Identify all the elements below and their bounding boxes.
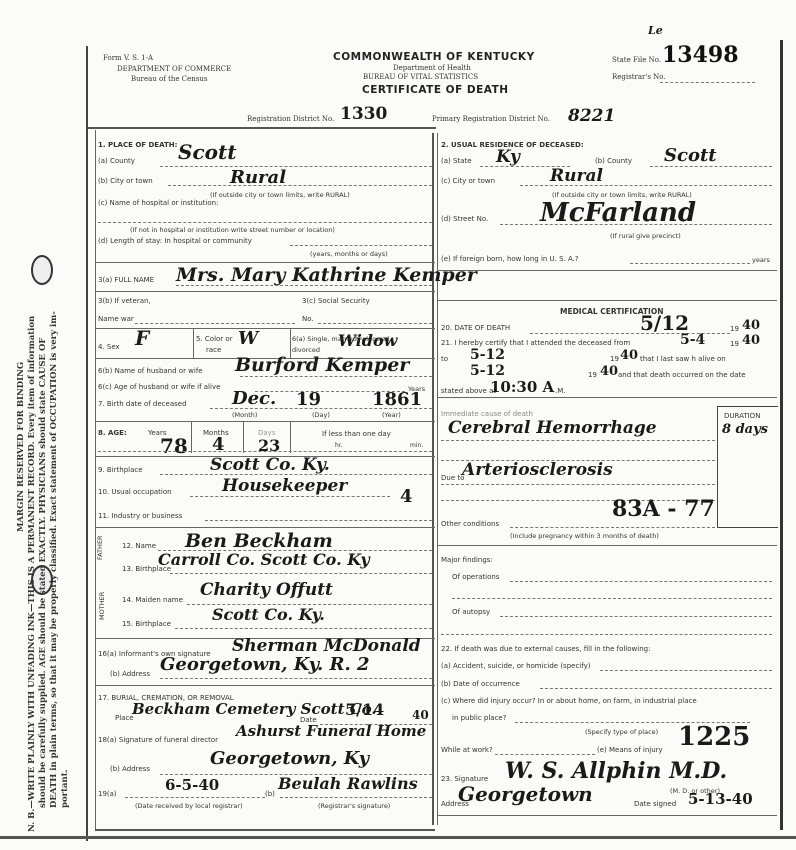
registrar-note: (Registrar's signature) <box>318 802 390 810</box>
father-birthplace-line <box>170 573 432 574</box>
occurred-label: and that death occurred on the date <box>618 371 746 379</box>
res-street-note: (If rural give precinct) <box>610 232 681 240</box>
spouse-label: 6(b) Name of husband or wife <box>98 367 203 375</box>
registrar-sig-line <box>280 797 432 798</box>
operations-line-2 <box>452 598 772 599</box>
sex-value[interactable]: F <box>135 326 149 350</box>
hr-label: hr. <box>335 442 343 449</box>
registrar-sig-label: (b) <box>265 790 275 798</box>
registration-district-value: 1330 <box>340 104 387 124</box>
commonwealth-title: COMMONWEALTH OF KENTUCKY <box>333 51 535 63</box>
divider <box>193 328 194 358</box>
header-rule <box>88 127 436 129</box>
city-note: (If outside city or town limits, write R… <box>210 191 350 199</box>
informant-sig-value[interactable]: Sherman McDonald <box>232 636 421 656</box>
informant-address-label: (b) Address <box>110 670 150 678</box>
birthplace-label: 9. Birthplace <box>98 466 143 474</box>
race-value[interactable]: W <box>238 328 258 349</box>
section-rule <box>437 300 777 301</box>
father-name-label: 12. Name <box>122 542 156 550</box>
stay-line <box>290 245 432 246</box>
father-name-value[interactable]: Ben Beckham <box>185 530 333 552</box>
cause-line <box>441 440 715 441</box>
race-label: race <box>206 346 221 354</box>
sex-label: 4. Sex <box>98 343 120 351</box>
operations-label: Of operations <box>452 573 499 581</box>
full-name-value[interactable]: Mrs. Mary Kathrine Kemper <box>176 264 477 286</box>
registrar-sig-value[interactable]: Beulah Rawlins <box>278 774 418 793</box>
mother-tag: MOTHER <box>98 592 106 620</box>
major-findings-label: Major findings: <box>441 556 493 564</box>
birth-date-line <box>210 408 432 409</box>
occupation-code: 4 <box>400 486 413 507</box>
cause-code-value: 83A - 77 <box>612 496 715 522</box>
ss-no-line <box>318 323 432 324</box>
autopsy-label: Of autopsy <box>452 608 490 616</box>
divider <box>243 421 244 453</box>
operations-line <box>510 581 772 582</box>
veteran-label: 3(b) If veteran, <box>98 297 151 305</box>
full-name-label: 3(a) FULL NAME <box>98 276 154 284</box>
section-rule <box>437 397 777 398</box>
physician-signature-value[interactable]: W. S. Allphin M.D. <box>505 758 727 784</box>
director-address-value[interactable]: Georgetown, Ky <box>210 748 369 769</box>
age-label: 8. AGE: <box>98 429 127 437</box>
last-saw-year-prefix: 19 <box>588 371 597 379</box>
death-date-label: 20. DATE OF DEATH <box>441 324 510 332</box>
stay-label: (d) Length of stay: In hospital or commu… <box>98 237 252 245</box>
margin-line-2: should be carefully supplied. AGE should… <box>38 311 49 832</box>
death-time-value[interactable]: 10:30 A <box>490 378 554 396</box>
informant-address-value[interactable]: Georgetown, Ky. R. 2 <box>160 654 370 675</box>
birth-day-value[interactable]: 19 <box>296 389 321 410</box>
corner-note: Le <box>648 24 663 37</box>
marital-value[interactable]: Widow <box>338 331 397 350</box>
age-days-value[interactable]: 23 <box>258 436 280 455</box>
bureau-census: Bureau of the Census <box>131 75 207 83</box>
divider <box>191 421 192 453</box>
mother-birthplace-value[interactable]: Scott Co. Ky. <box>212 605 325 624</box>
city-label: (b) City or town <box>98 177 153 185</box>
director-label: 18(a) Signature of funeral director <box>98 736 218 744</box>
section-rule <box>95 685 435 686</box>
attend-to-value[interactable]: 5-12 <box>470 347 505 363</box>
hospital-label: (c) Name of hospital or institution: <box>98 199 218 207</box>
while-at-work-line <box>495 754 595 755</box>
right-bottom-rule <box>437 815 777 816</box>
margin-line-3: DEATH in plain terms, so that it may be … <box>49 311 60 832</box>
attend-from-year[interactable]: 40 <box>742 333 760 348</box>
burial-date-value[interactable]: 5/14 <box>345 700 384 719</box>
margin-line-4: portant. <box>60 311 71 832</box>
mother-name-value[interactable]: Charity Offutt <box>200 580 333 600</box>
received-line <box>125 797 265 798</box>
immediate-cause-label: Immediate cause of death <box>441 410 533 418</box>
birthplace-value[interactable]: Scott Co. Ky. <box>210 455 330 475</box>
duration-value[interactable]: 8 days <box>722 422 768 437</box>
city-value[interactable]: Rural <box>230 167 286 188</box>
day-note: (Day) <box>312 411 330 419</box>
divorced-label: divorced <box>292 346 320 354</box>
father-birthplace-value[interactable]: Carroll Co. Scott Co. Ky <box>158 550 370 569</box>
occupation-value[interactable]: Housekeeper <box>222 476 347 496</box>
spouse-age-label: 6(c) Age of husband or wife if alive <box>98 383 220 391</box>
department-commerce: DEPARTMENT OF COMMERCE <box>117 65 231 73</box>
hospital-note: (If not in hospital or institution write… <box>130 226 335 234</box>
external-causes-label: 22. If death was due to external causes,… <box>441 645 650 653</box>
min-label: min. <box>410 442 423 449</box>
autopsy-line-2 <box>441 634 772 635</box>
attend-from-value[interactable]: 5-4 <box>680 332 705 348</box>
res-foreign-unit: years <box>752 256 770 264</box>
column-divider <box>432 133 434 825</box>
occurrence-label: (b) Date of occurrence <box>441 680 520 688</box>
birth-date-label: 7. Birth date of deceased <box>98 400 187 408</box>
last-saw-label: that I last saw h alive on <box>640 355 726 363</box>
while-at-work-label: While at work? <box>441 746 493 754</box>
industry-line <box>205 520 432 521</box>
registrar-number-label: Registrar's No. <box>612 73 666 81</box>
occupation-label: 10. Usual occupation <box>98 488 172 496</box>
date-signed-value[interactable]: 5-13-40 <box>688 790 753 808</box>
burial-place-label: Place <box>115 714 134 722</box>
birth-year-value[interactable]: 1861 <box>372 389 422 410</box>
place-of-death-title: 1. PLACE OF DEATH: <box>98 141 177 149</box>
industry-label: 11. Industry or business <box>98 512 182 520</box>
duration-label: DURATION <box>724 412 760 420</box>
res-city-label: (c) City or town <box>441 177 495 185</box>
section-rule <box>437 545 777 546</box>
hospital-line <box>98 222 432 223</box>
res-street-label: (d) Street No. <box>441 215 488 223</box>
registrar-number-line <box>660 82 755 83</box>
informant-address-line <box>160 678 432 679</box>
public-place-label: in public place? <box>452 714 506 722</box>
burial-place-value[interactable]: Beckham Cemetery Scott Co. <box>132 700 377 718</box>
res-state-value[interactable]: Ky <box>496 147 520 167</box>
county-value[interactable]: Scott <box>178 140 236 164</box>
accident-line <box>600 670 772 671</box>
registration-district-label: Registration District No. <box>247 115 334 123</box>
mother-name-label: 14. Maiden name <box>122 596 183 604</box>
full-name-line <box>176 285 432 286</box>
certificate-title: CERTIFICATE OF DEATH <box>362 84 509 96</box>
social-security-label: 3(c) Social Security <box>302 297 370 305</box>
accident-label: (a) Accident, suicide, or homicide (spec… <box>441 662 590 670</box>
stated-label: stated above at <box>441 387 496 395</box>
right-inner-border <box>437 133 438 825</box>
received-value[interactable]: 6-5-40 <box>165 776 219 794</box>
form-bottom-rule <box>95 829 435 831</box>
section-rule <box>437 270 777 271</box>
due-to-value[interactable]: Arteriosclerosis <box>462 460 613 480</box>
place-type-note: (Specify type of place) <box>585 728 658 736</box>
res-county-value[interactable]: Scott <box>664 145 717 166</box>
other-conditions-label: Other conditions <box>441 520 499 528</box>
date-signed-label: Date signed <box>634 800 676 808</box>
attend-from-year-prefix: 19 <box>730 340 739 348</box>
form-left-border <box>86 46 88 841</box>
binding-hole-icon <box>31 255 53 285</box>
death-year-prefix: 19 <box>730 325 739 333</box>
state-file-number: 13498 <box>662 42 739 68</box>
section-rule <box>95 527 435 528</box>
county-line <box>160 166 432 167</box>
immediate-cause-value[interactable]: Cerebral Hemorrhage <box>448 418 657 438</box>
year-note: (Year) <box>382 411 401 419</box>
res-city-value[interactable]: Rural <box>550 166 603 186</box>
primary-registration-label: Primary Registration District No. <box>432 115 550 123</box>
county-label: (a) County <box>98 157 135 165</box>
age-years-value[interactable]: 78 <box>160 434 188 458</box>
month-note: (Month) <box>232 411 257 419</box>
physician-address-value[interactable]: Georgetown <box>458 782 593 806</box>
bureau-vital-statistics: BUREAU OF VITAL STATISTICS <box>363 73 478 81</box>
mother-birthplace-line <box>175 628 432 629</box>
occurrence-line <box>540 688 772 689</box>
mother-birthplace-label: 15. Birthplace <box>122 620 171 628</box>
res-county-label: (b) County <box>595 157 632 165</box>
occupation-line <box>190 496 390 497</box>
received-note: (Date received by local registrar) <box>135 802 243 810</box>
margin-instructions: MARGIN RESERVED FOR BINDING N. B.—WRITE … <box>16 311 71 832</box>
where-label: (c) Where did injury occur? In or about … <box>441 697 697 705</box>
last-saw-value[interactable]: 5-12 <box>470 363 505 379</box>
stay-note: (years, months or days) <box>310 250 388 258</box>
means-of-injury-label: (e) Means of injury <box>597 746 663 754</box>
section-rule <box>95 262 435 263</box>
res-foreign-label: (e) If foreign born, how long in U. S. A… <box>441 255 579 263</box>
form-number: Form V. S. 1-A <box>103 54 153 62</box>
margin-reserved: MARGIN RESERVED FOR BINDING <box>16 311 27 832</box>
ss-no-label: No. <box>302 315 314 323</box>
form-right-border <box>780 40 783 830</box>
spouse-line <box>240 376 432 377</box>
father-tag: FATHER <box>96 535 104 560</box>
margin-line-1: N. B.—WRITE PLAINLY WITH UNFADING INK—TH… <box>27 311 38 832</box>
color-label: 5. Color or <box>196 335 233 343</box>
res-street-value[interactable]: McFarland <box>540 198 696 228</box>
city-line <box>168 185 432 186</box>
death-year-value[interactable]: 40 <box>742 318 760 333</box>
cause-line <box>441 484 715 485</box>
res-county-line <box>650 166 772 167</box>
burial-year-value[interactable]: 40 <box>412 708 429 722</box>
to-label: to <box>441 355 448 363</box>
state-file-label: State File No. <box>612 56 661 64</box>
attend-to-year-prefix: 19 <box>610 355 619 363</box>
autopsy-line <box>500 616 772 617</box>
section-rule <box>95 421 435 422</box>
other-conditions-line <box>510 527 715 528</box>
res-state-label: (a) State <box>441 157 472 165</box>
primary-registration-value: 8221 <box>568 106 615 126</box>
director-address-label: (b) Address <box>110 765 150 773</box>
death-time-suffix: .M. <box>555 387 566 395</box>
director-value[interactable]: Ashurst Funeral Home <box>236 722 426 740</box>
attend-label: 21. I hereby certify that I attended the… <box>441 339 630 347</box>
means-of-injury-value: 1225 <box>678 722 750 752</box>
war-label: Name war <box>98 315 134 323</box>
res-foreign-line <box>630 263 750 264</box>
birth-month-value[interactable]: Dec. <box>232 388 276 409</box>
attend-to-year[interactable]: 40 <box>620 348 638 363</box>
other-conditions-note: (Include pregnancy within 3 months of de… <box>510 532 659 540</box>
section-rule <box>95 291 435 292</box>
due-to-label: Due to <box>441 474 464 482</box>
age-line <box>98 451 432 452</box>
spouse-value[interactable]: Burford Kemper <box>235 354 409 376</box>
last-saw-year[interactable]: 40 <box>600 364 618 379</box>
less-day-label: If less than one day <box>322 430 391 438</box>
divider <box>290 421 291 453</box>
left-inner-border <box>95 130 96 830</box>
war-line <box>135 323 295 324</box>
department-health: Department of Health <box>393 64 471 72</box>
received-label: 19(a) <box>98 790 117 798</box>
page-bottom-edge <box>0 836 796 839</box>
